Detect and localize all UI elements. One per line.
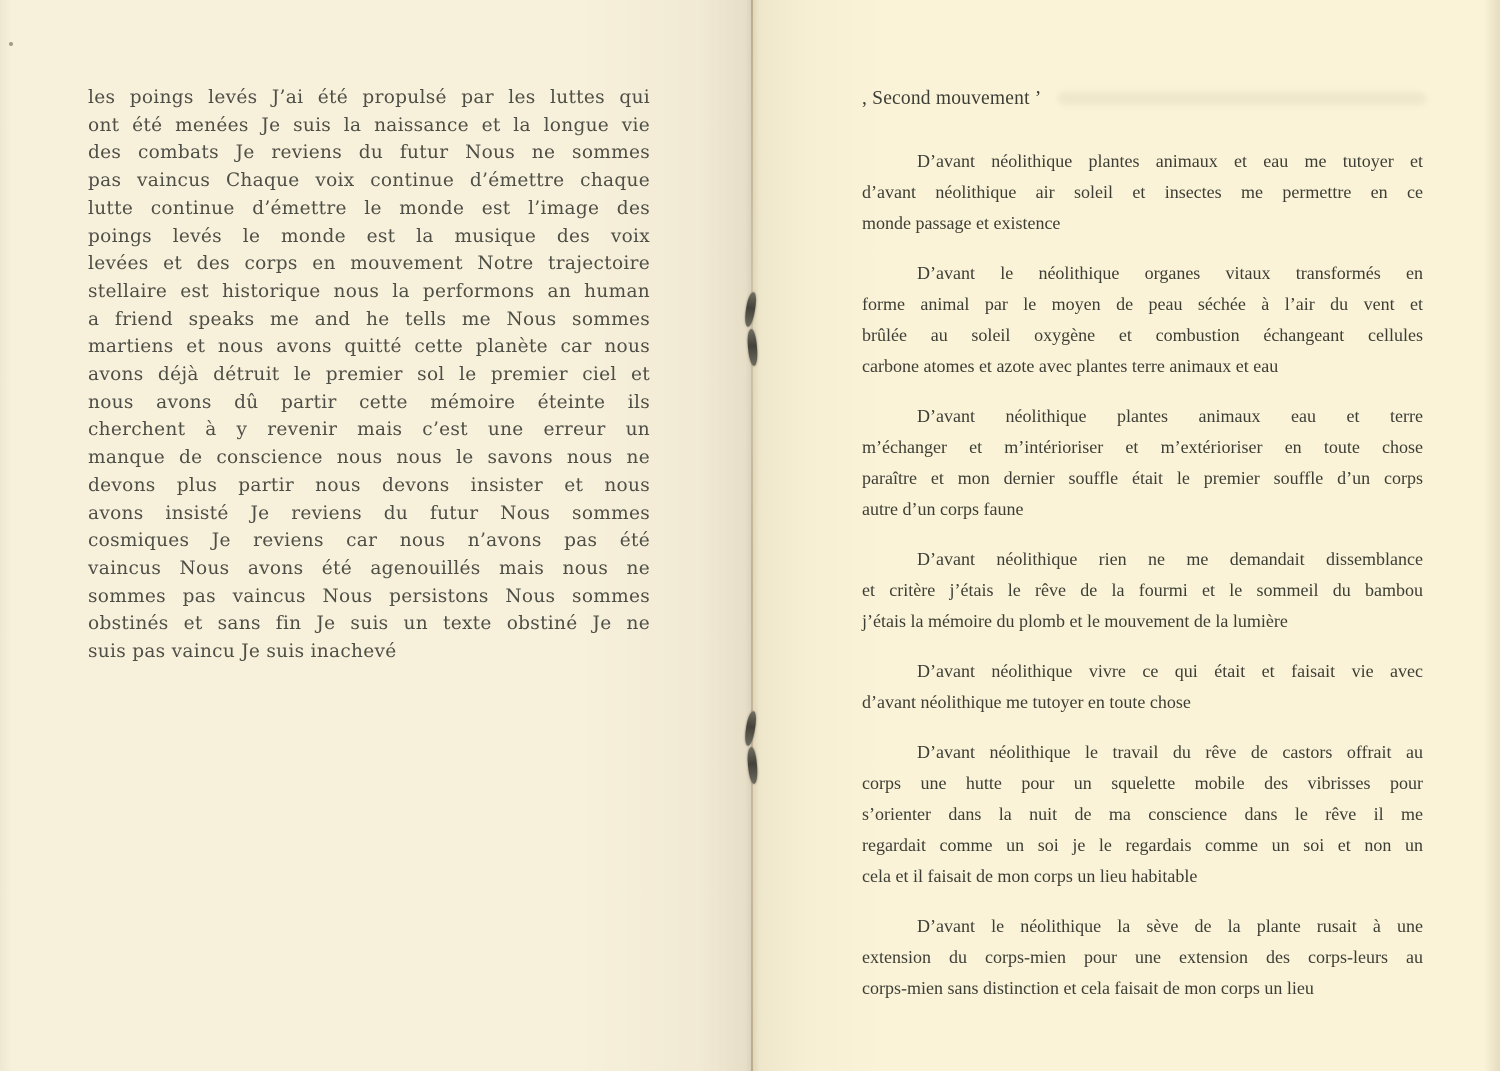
text-line: brûlée au soleil oxygène et combustion é… [862, 320, 1423, 351]
text-line: poings levés le monde est la musique des… [88, 223, 650, 251]
text-line: suis pas vaincu Je suis inachevé [88, 638, 650, 666]
page-edge-shadow-left [0, 0, 12, 1071]
text-line: des combats Je reviens du futur Nous ne … [88, 139, 650, 167]
text-line: cela et il faisait de mon corps un lieu … [862, 861, 1423, 892]
text-line: martiens et nous avons quitté cette plan… [88, 333, 650, 361]
text-line: a friend speaks me and he tells me Nous … [88, 306, 650, 334]
paragraph: D’avant le néolithique organes vitaux tr… [862, 258, 1423, 382]
text-line: sommes pas vaincus Nous persistons Nous … [88, 583, 650, 611]
paragraph: D’avant le néolithique la sève de la pla… [862, 911, 1423, 1004]
text-line: devons plus partir nous devons insister … [88, 472, 650, 500]
page-edge-shadow-right [1484, 0, 1500, 1071]
text-line: D’avant le néolithique organes vitaux tr… [862, 258, 1423, 289]
book-scan: les poings levés J’ai été propulsé par l… [0, 0, 1500, 1071]
paragraph: D’avant néolithique le travail du rêve d… [862, 737, 1423, 892]
text-line: paraître et mon dernier souffle était le… [862, 463, 1423, 494]
text-line: ont été menées Je suis la naissance et l… [88, 112, 650, 140]
right-page-paragraphs: D’avant néolithique plantes animaux et e… [862, 146, 1423, 1004]
text-line: vaincus Nous avons été agenouillés mais … [88, 555, 650, 583]
text-line: regardait comme un soi je le regardais c… [862, 830, 1423, 861]
text-line: autre d’un corps faune [862, 494, 1423, 525]
right-page-text: , Second mouvement ’ D’avant néolithique… [862, 84, 1423, 1023]
text-line: lutte continue d’émettre le monde est l’… [88, 195, 650, 223]
paragraph: D’avant néolithique plantes animaux eau … [862, 401, 1423, 525]
text-line: cherchent à y revenir mais c’est une err… [88, 416, 650, 444]
left-page-text: les poings levés J’ai été propulsé par l… [88, 84, 650, 666]
gutter-fold [751, 0, 753, 1071]
text-line: s’orienter dans la nuit de ma conscience… [862, 799, 1423, 830]
paragraph: D’avant néolithique vivre ce qui était e… [862, 656, 1423, 718]
text-line: obstinés et sans fin Je suis un texte ob… [88, 610, 650, 638]
text-line: avons déjà détruit le premier sol le pre… [88, 361, 650, 389]
text-line: carbone atomes et azote avec plantes ter… [862, 351, 1423, 382]
text-line: monde passage et existence [862, 208, 1423, 239]
paper-speck [9, 42, 13, 46]
text-line: stellaire est historique nous la perform… [88, 278, 650, 306]
text-line: D’avant néolithique plantes animaux eau … [862, 401, 1423, 432]
text-line: D’avant néolithique plantes animaux et e… [862, 146, 1423, 177]
text-line: corps une hutte pour un squelette mobile… [862, 768, 1423, 799]
text-line: forme animal par le moyen de peau séchée… [862, 289, 1423, 320]
text-line: nous avons dû partir cette mémoire étein… [88, 389, 650, 417]
text-line: et critère j’étais le rêve de la fourmi … [862, 575, 1423, 606]
text-line: m’échanger et m’intérioriser et m’extéri… [862, 432, 1423, 463]
text-line: D’avant le néolithique la sève de la pla… [862, 911, 1423, 942]
text-line: les poings levés J’ai été propulsé par l… [88, 84, 650, 112]
section-heading: , Second mouvement ’ [862, 84, 1423, 114]
text-line: D’avant néolithique le travail du rêve d… [862, 737, 1423, 768]
text-line: manque de conscience nous nous le savons… [88, 444, 650, 472]
text-line: D’avant néolithique rien ne me demandait… [862, 544, 1423, 575]
paragraph: D’avant néolithique rien ne me demandait… [862, 544, 1423, 637]
paragraph: D’avant néolithique plantes animaux et e… [862, 146, 1423, 239]
text-line: avons insisté Je reviens du futur Nous s… [88, 500, 650, 528]
text-line: levées et des corps en mouvement Notre t… [88, 250, 650, 278]
text-line: pas vaincus Chaque voix continue d’émett… [88, 167, 650, 195]
text-line: cosmiques Je reviens car nous n’avons pa… [88, 527, 650, 555]
text-line: extension du corps-mien pour une extensi… [862, 942, 1423, 973]
text-line: j’étais la mémoire du plomb et le mouvem… [862, 606, 1423, 637]
text-line: D’avant néolithique vivre ce qui était e… [862, 656, 1423, 687]
text-line: d’avant néolithique air soleil et insect… [862, 177, 1423, 208]
text-line: corps-mien sans distinction et cela fais… [862, 973, 1423, 1004]
text-line: d’avant néolithique me tutoyer en toute … [862, 687, 1423, 718]
